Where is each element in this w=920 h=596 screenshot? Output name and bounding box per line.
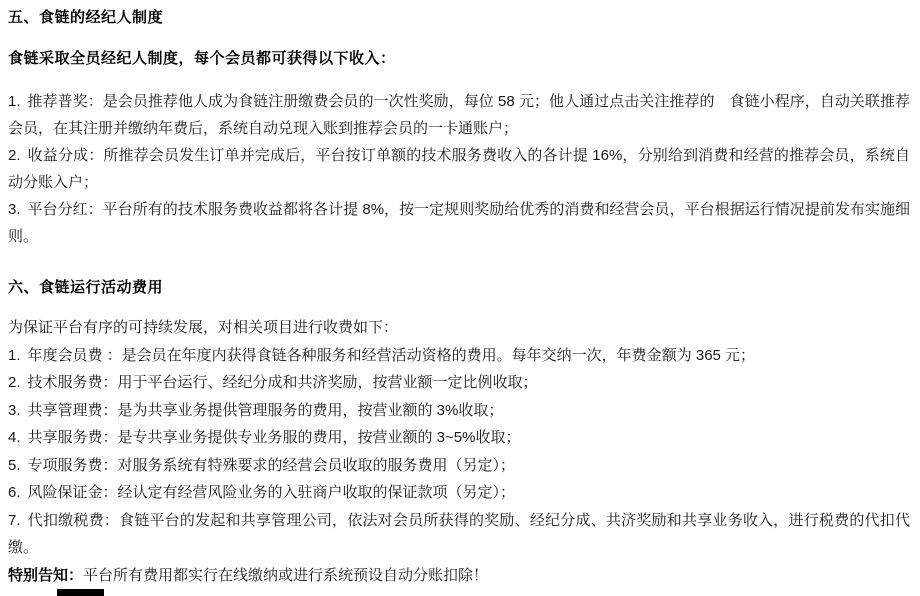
item-number: 7. [8,507,21,535]
item-text: 技术服务费：用于平台运行、经纪分成和共济奖励，按营业额一定比例收取； [28,374,538,391]
document-page: 五、食链的经纪人制度 食链采取全员经纪人制度，每个会员都可获得以下收入： 1.推… [0,0,920,589]
list-item: 3.平台分红：平台所有的技术服务费收益都将各计提 8%，按一定规则奖励给优秀的消… [8,196,910,250]
item-number: 1. [8,88,21,115]
item-number: 1. [8,342,21,370]
item-text: 专项服务费：对服务系统有特殊要求的经营会员收取的服务费用（另定）； [28,457,516,474]
section5-intro: 食链采取全员经纪人制度，每个会员都可获得以下收入： [8,48,910,70]
item-number: 6. [8,479,21,507]
item-text: 风险保证金：经认定有经营风险业务的入驻商户收取的保证款项（另定）； [28,484,516,501]
item-text: 收益分成：所推荐会员发生订单并完成后，平台按订单额的技术服务费收入的各计提 16… [8,147,910,191]
item-text: 共享服务费：是专共享业务提供专业务服的费用，按营业额的 3~5%收取； [28,429,521,446]
item-number: 2. [8,369,21,397]
item-text: 年度会员费 ：是会员在年度内获得食链各种服务和经营活动资格的费用。每年交纳一次，… [28,347,756,364]
section5-list: 1.推荐普奖：是会员推荐他人成为食链注册缴费会员的一次性奖励，每位 58 元；他… [8,88,910,250]
cropped-bottom-bar [57,589,104,596]
notice-label: 特别告知： [8,567,83,584]
list-item: 4.共享服务费：是专共享业务提供专业务服的费用，按营业额的 3~5%收取； [8,424,910,452]
section6-intro: 为保证平台有序的可持续发展，对相关项目进行收费如下： [8,314,910,342]
list-item: 5.专项服务费：对服务系统有特殊要求的经营会员收取的服务费用（另定）； [8,452,910,480]
section6-body: 为保证平台有序的可持续发展，对相关项目进行收费如下： 1.年度会员费 ：是会员在… [8,314,910,589]
section5-heading: 五、食链的经纪人制度 [8,8,910,28]
list-item: 6.风险保证金：经认定有经营风险业务的入驻商户收取的保证款项（另定）； [8,479,910,507]
item-text: 共享管理费：是为共享业务提供管理服务的费用，按营业额的 3%收取； [28,402,504,419]
list-item: 7.代扣缴税费：食链平台的发起和共享管理公司，依法对会员所获得的奖励、经纪分成、… [8,507,910,562]
special-notice: 特别告知：平台所有费用都实行在线缴纳或进行系统预设自动分账扣除！ [8,562,910,590]
item-number: 3. [8,196,21,223]
item-text: 平台分红：平台所有的技术服务费收益都将各计提 8%，按一定规则奖励给优秀的消费和… [8,201,910,245]
list-item: 1.推荐普奖：是会员推荐他人成为食链注册缴费会员的一次性奖励，每位 58 元；他… [8,88,910,142]
item-number: 2. [8,142,21,169]
list-item: 1.年度会员费 ：是会员在年度内获得食链各种服务和经营活动资格的费用。每年交纳一… [8,342,910,370]
list-item: 2.技术服务费：用于平台运行、经纪分成和共济奖励，按营业额一定比例收取； [8,369,910,397]
list-item: 2.收益分成：所推荐会员发生订单并完成后，平台按订单额的技术服务费收入的各计提 … [8,142,910,196]
section6-heading: 六、食链运行活动费用 [8,278,910,298]
item-number: 4. [8,424,21,452]
item-number: 5. [8,452,21,480]
list-item: 3.共享管理费：是为共享业务提供管理服务的费用，按营业额的 3%收取； [8,397,910,425]
item-text: 代扣缴税费：食链平台的发起和共享管理公司，依法对会员所获得的奖励、经纪分成、共济… [8,512,910,557]
item-number: 3. [8,397,21,425]
item-text: 推荐普奖：是会员推荐他人成为食链注册缴费会员的一次性奖励，每位 58 元；他人通… [8,93,910,137]
notice-text: 平台所有费用都实行在线缴纳或进行系统预设自动分账扣除！ [83,567,488,584]
